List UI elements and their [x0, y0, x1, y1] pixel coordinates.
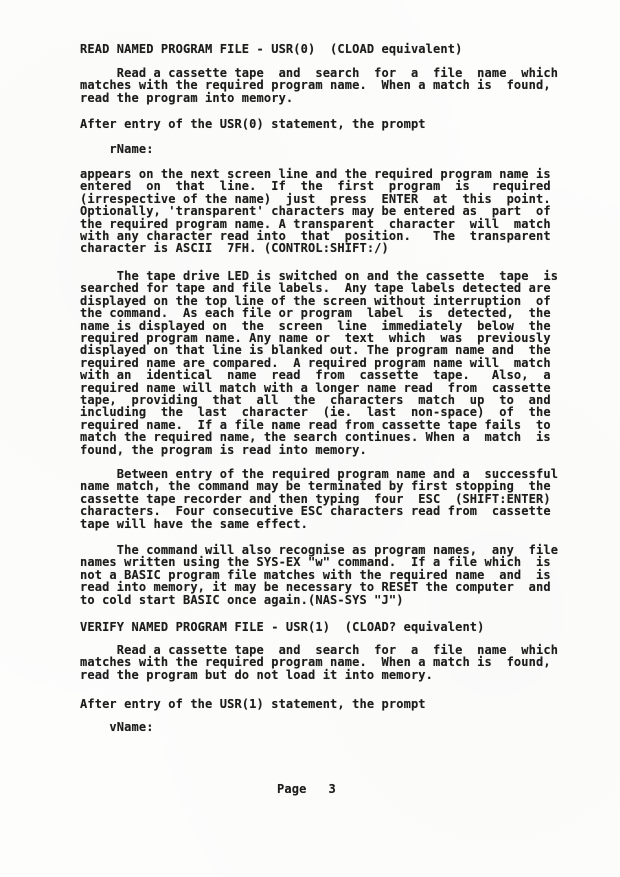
line-after-entry-usr1: After entry of the USR(1) statement, the… — [80, 698, 426, 710]
document-page: READ NAMED PROGRAM FILE - USR(0) (CLOAD … — [0, 0, 620, 877]
prompt-vname: vName: — [80, 721, 154, 733]
paragraph-terminate-command: Between entry of the required program na… — [80, 468, 558, 530]
page-number: Page 3 — [277, 783, 336, 795]
paragraph-prompt-behaviour: appears on the next screen line and the … — [80, 168, 551, 255]
paragraph-tape-search: The tape drive LED is switched on and th… — [80, 270, 558, 456]
heading-read-named-program-file: READ NAMED PROGRAM FILE - USR(0) (CLOAD … — [80, 43, 462, 55]
line-after-entry-usr0: After entry of the USR(0) statement, the… — [80, 118, 426, 130]
paragraph-sys-ex-recognition: The command will also recognise as progr… — [80, 544, 558, 606]
heading-verify-named-program-file: VERIFY NAMED PROGRAM FILE - USR(1) (CLOA… — [80, 621, 485, 633]
paragraph-read-description: Read a cassette tape and search for a fi… — [80, 67, 558, 104]
paragraph-verify-description: Read a cassette tape and search for a fi… — [80, 644, 558, 681]
prompt-rname: rName: — [80, 143, 154, 155]
